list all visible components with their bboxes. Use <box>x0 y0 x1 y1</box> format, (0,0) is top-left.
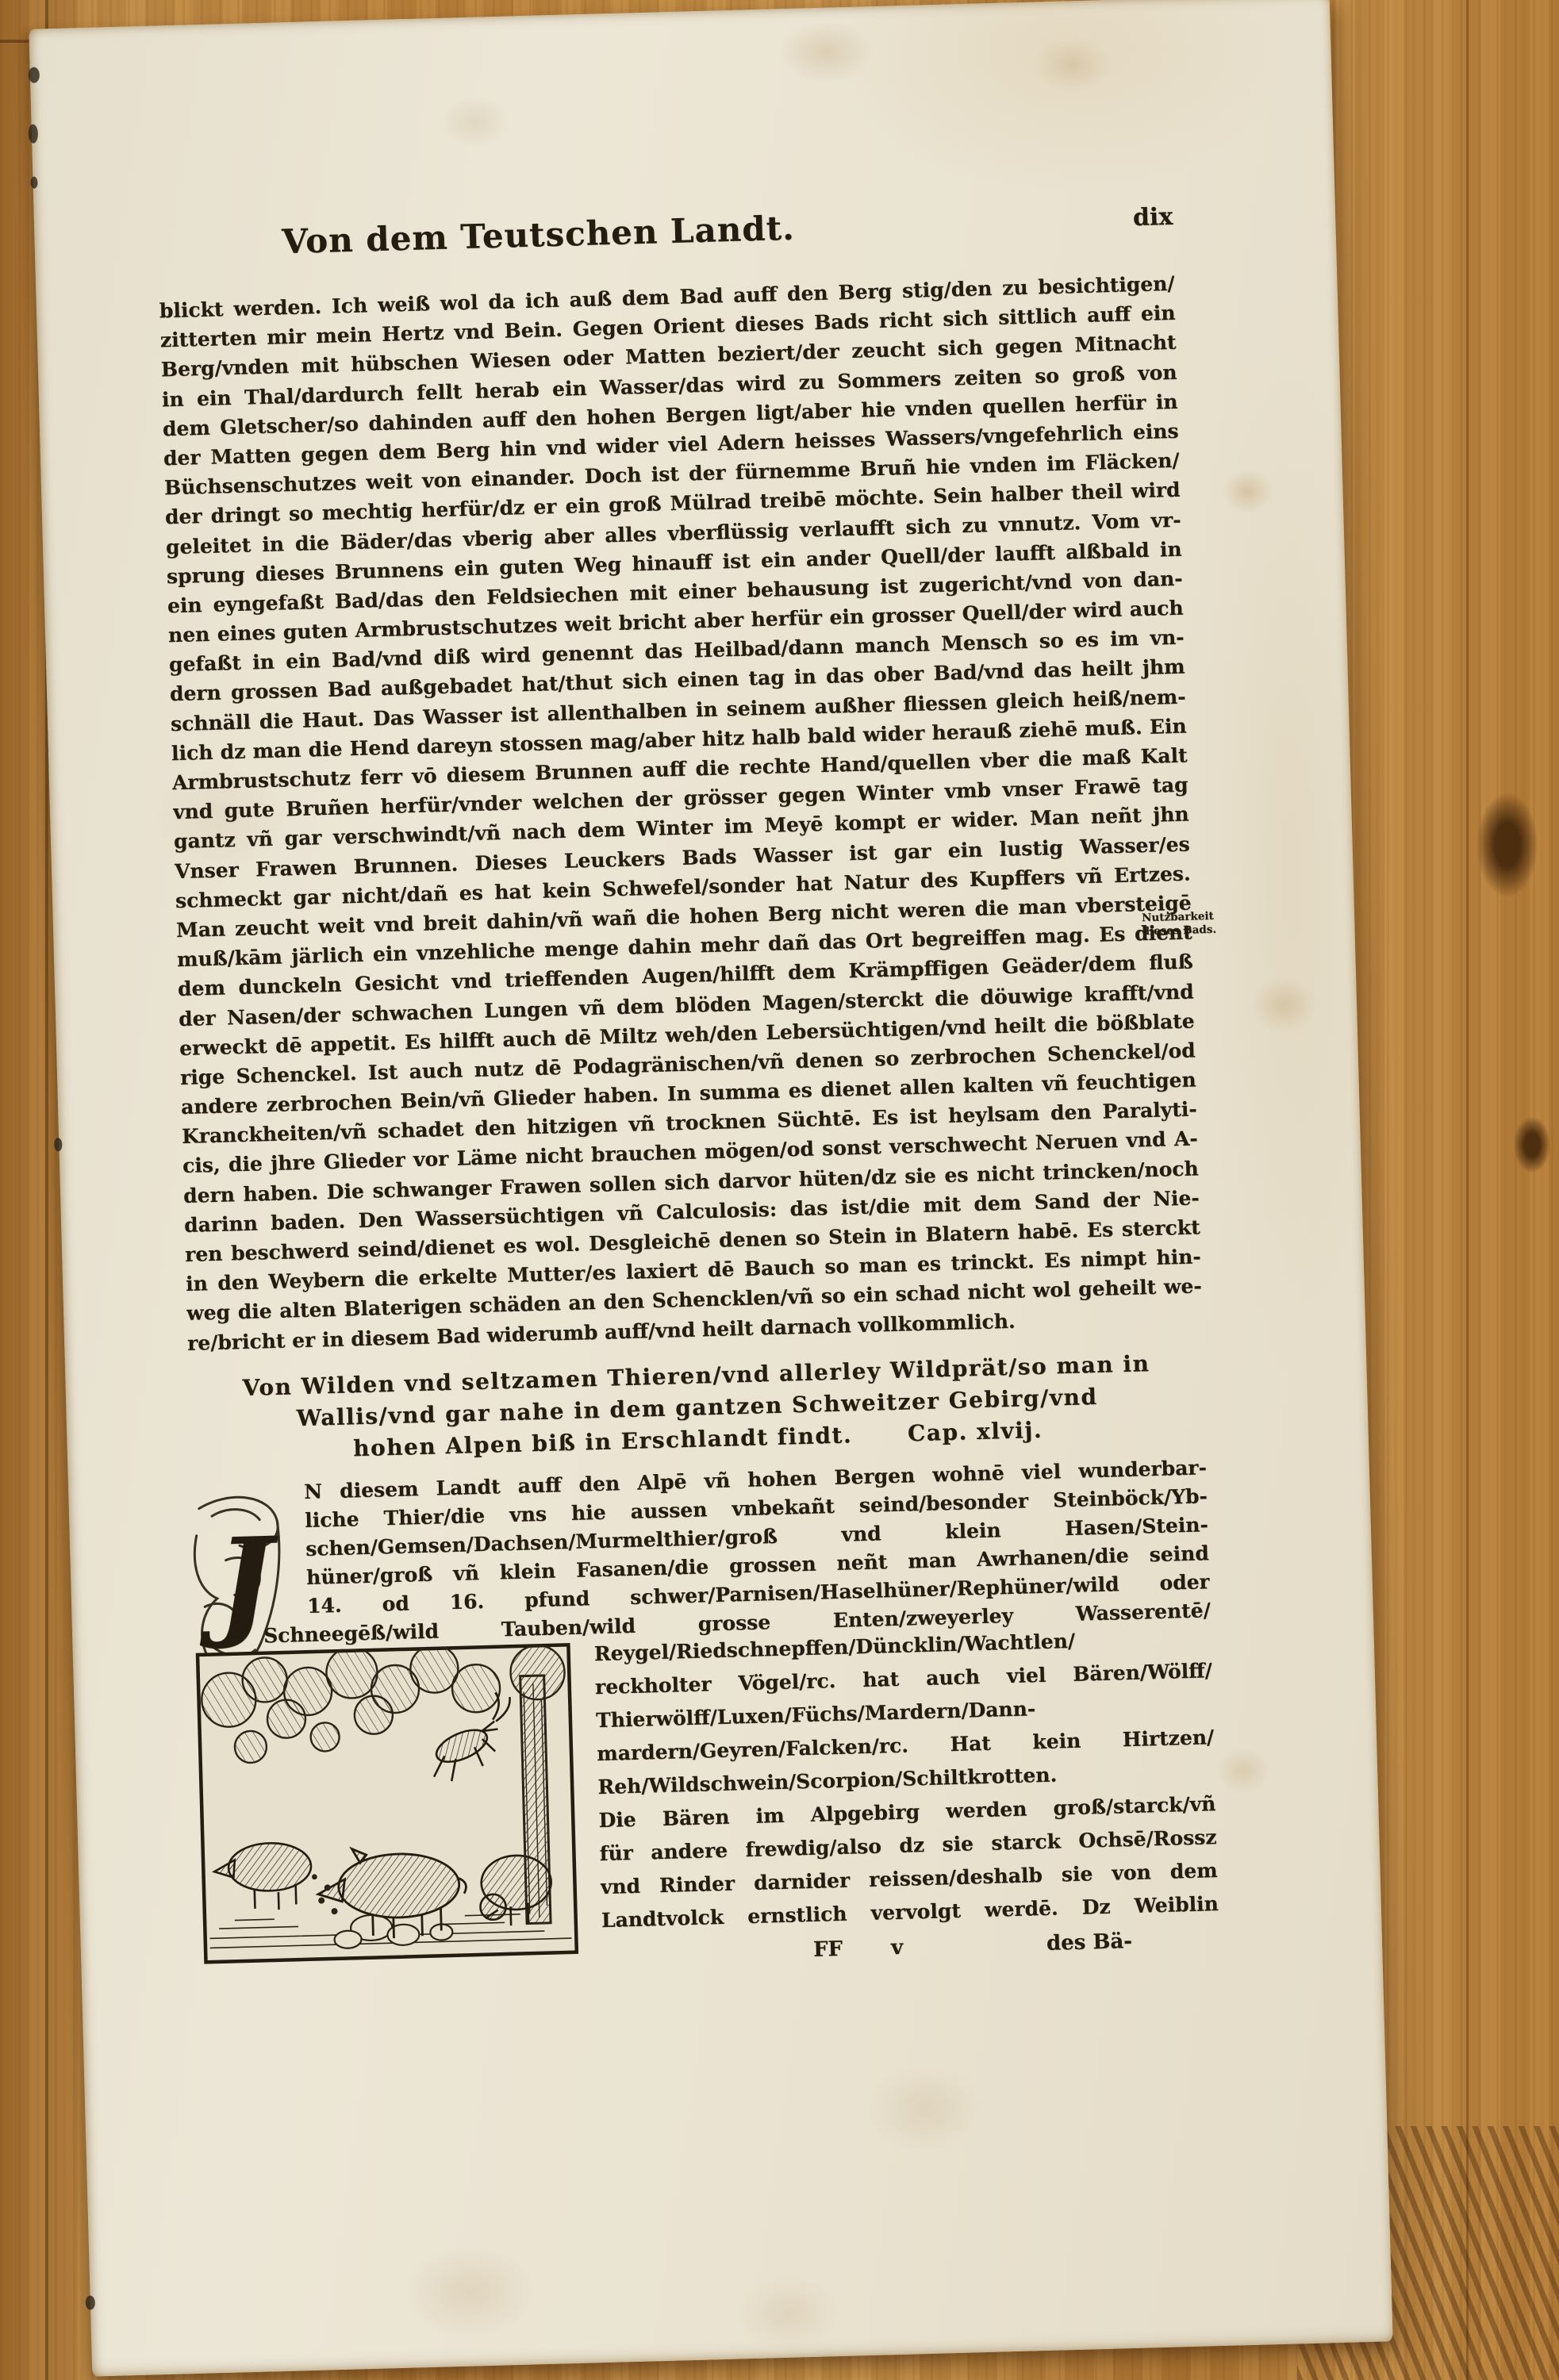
body-paragraph-baths: blickt werden. Ich weiß wol da ich auß d… <box>159 272 1204 1361</box>
running-head-row: Von dem Teutschen Landt. dix <box>157 198 1173 282</box>
catchword: des Bä- <box>1046 1929 1133 1956</box>
edge-ink-speck <box>86 2296 95 2310</box>
running-title: Von dem Teutschen Landt. <box>282 209 796 261</box>
foxing-stain <box>1250 975 1318 1034</box>
edge-ink-speck <box>29 67 40 83</box>
foxing-stain <box>1215 1746 1272 1795</box>
wood-knot <box>1514 1117 1550 1173</box>
woodcut-forest-animals-illustration <box>196 1643 578 1964</box>
book-page: Von dem Teutschen Landt. dix blickt werd… <box>29 0 1392 2377</box>
wood-seam <box>1466 0 1469 2380</box>
margin-note: Nutzbarkeit dieses Bads. <box>1142 908 1261 939</box>
foxing-stain <box>1032 36 1113 94</box>
edge-ink-speck <box>29 124 39 143</box>
folio-number: dix <box>1132 203 1173 232</box>
margin-note-line: dieses Bads. <box>1142 922 1261 939</box>
foxing-stain <box>778 19 874 85</box>
chapter-number: Cap. xlvij. <box>908 1415 1043 1450</box>
foxing-stain <box>865 2063 986 2154</box>
foxing-stain <box>1222 469 1273 515</box>
wood-knot <box>1477 793 1538 896</box>
signature-leaf: v <box>891 1936 904 1960</box>
body-paragraph-animals-b: Reygel/Riedschnepffen/Düncklin/Wachtlen/… <box>196 1626 1219 1971</box>
photo-of-book-page: Von dem Teutschen Landt. dix blickt werd… <box>0 0 1559 2380</box>
body-paragraph-animals-a: N diesem Landt auff den Alpē vñ hohen Be… <box>191 1456 1211 1655</box>
edge-ink-speck <box>30 176 37 188</box>
edge-ink-speck <box>54 1138 62 1151</box>
foxing-stain <box>735 2274 841 2352</box>
foxing-stain <box>439 95 512 148</box>
chapter-heading: Von Wilden vnd seltzamen Thieren/vnd all… <box>160 1345 1234 1469</box>
foxing-stain <box>401 2242 539 2341</box>
signature-mark: FF <box>813 1937 843 1962</box>
